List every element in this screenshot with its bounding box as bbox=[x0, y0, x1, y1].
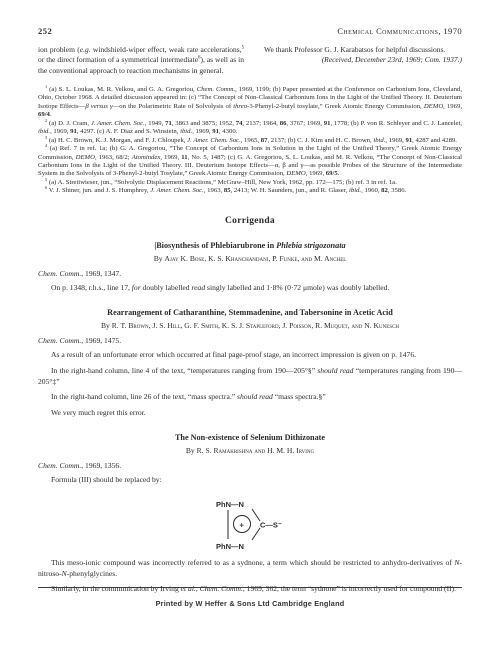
left-column: ion problem (e.g. windshield-wiper effec… bbox=[38, 45, 244, 76]
article-conclusion: ion problem (e.g. windshield-wiper effec… bbox=[38, 45, 462, 76]
ring-bond-bottom-right bbox=[252, 528, 260, 540]
corrigendum-paragraph: This meso-ionic compound was incorrectly… bbox=[38, 558, 462, 579]
right-column: We thank Professor G. J. Karabatsos for … bbox=[256, 45, 462, 76]
footnote-3: 3 (a) H. C. Brown, K. J. Morgan, and F. … bbox=[38, 137, 462, 145]
received-line: (Received, December 23rd, 1969; Com. 193… bbox=[256, 55, 462, 65]
corrigendum-paragraph: We very much regret this error. bbox=[38, 408, 462, 419]
corrigenda-heading: Corrigenda bbox=[38, 216, 462, 226]
corrigendum-paragraph: In the right-hand column, line 26 of the… bbox=[38, 392, 462, 403]
structure-bottom-label: PhN—N bbox=[216, 542, 244, 551]
corrigendum-selenium-dithizonate: The Non-existence of Selenium Dithizonat… bbox=[38, 433, 462, 595]
ring-bond-top-right bbox=[252, 509, 260, 521]
article-closing-paragraph: ion problem (e.g. windshield-wiper effec… bbox=[38, 45, 244, 76]
structure-right-label: C—S⁻ bbox=[260, 521, 282, 530]
corrigendum-title: Rearrangement of Catharanthine, Stemmade… bbox=[38, 308, 462, 317]
tetrazolium-thiolate-structure: PhN—N PhN—N + C—S⁻ bbox=[190, 493, 310, 553]
corrigendum-byline: By Ajay K. Bose, K. S. Khanchandani, P. … bbox=[38, 254, 462, 263]
corrigendum-byline: By R. S. Ramakrishna and H. M. H. Irving bbox=[38, 446, 462, 455]
footnote-2: 2 (a) D. J. Cram, J. Amer. Chem. Soc., 1… bbox=[38, 120, 462, 137]
corrigendum-title: The Non-existence of Selenium Dithizonat… bbox=[38, 433, 462, 442]
footnote-6: 6 V. J. Shiner, jun. and J. S. Humphrey,… bbox=[38, 187, 462, 195]
corrigendum-reference: Chem. Comm., 1969, 1347. bbox=[38, 269, 462, 278]
journal-title: Chemical Communications, 1970 bbox=[337, 26, 462, 36]
corrigendum-paragraph: In the right-hand column, line 4 of the … bbox=[38, 366, 462, 387]
footnote-1: 1 (a) S. L. Loukas, M. R. Velkou, and G.… bbox=[38, 86, 462, 120]
corrigendum-paragraph: As a result of an unfortunate error whic… bbox=[38, 350, 462, 361]
corrigendum-paragraph: Formula (III) should be replaced by: bbox=[38, 475, 462, 486]
footnote-4: 4 (a) Ref. 7 in ref. 1a; (b) G. A. Grego… bbox=[38, 145, 462, 179]
corrigendum-title: |Biosynthesis of Phlebiarubrone in Phleb… bbox=[38, 241, 462, 250]
corrigendum-catharanthine: Rearrangement of Catharanthine, Stemmade… bbox=[38, 308, 462, 418]
acknowledgement-paragraph: We thank Professor G. J. Karabatsos for … bbox=[256, 45, 462, 55]
corrigendum-phlebiarubrone: |Biosynthesis of Phlebiarubrone in Phleb… bbox=[38, 241, 462, 294]
running-head: 252 Chemical Communications, 1970 bbox=[38, 26, 462, 36]
chemical-structure-formula-iii: PhN—N PhN—N + C—S⁻ bbox=[38, 493, 462, 553]
journal-page: 252 Chemical Communications, 1970 ion pr… bbox=[0, 0, 500, 656]
printer-imprint: Printed by W Heffer & Sons Ltd Cambridge… bbox=[156, 599, 345, 608]
corrigendum-byline: By R. T. Brown, J. S. Hill, G. F. Smith,… bbox=[38, 321, 462, 330]
page-footer: Printed by W Heffer & Sons Ltd Cambridge… bbox=[38, 587, 462, 611]
corrigendum-paragraph: On p. 1348, r.h.s., line 17, for doubly … bbox=[38, 283, 462, 294]
page-number: 252 bbox=[38, 26, 52, 36]
footnotes-section: 1 (a) S. L. Loukas, M. R. Velkou, and G.… bbox=[38, 86, 462, 196]
positive-charge: + bbox=[240, 521, 245, 530]
corrigendum-reference: Chem. Comm., 1969, 1475. bbox=[38, 336, 462, 345]
corrigenda-section: Corrigenda |Biosynthesis of Phlebiarubro… bbox=[38, 216, 462, 595]
structure-top-label: PhN—N bbox=[216, 500, 244, 509]
corrigendum-reference: Chem. Comm., 1969, 1356. bbox=[38, 461, 462, 470]
